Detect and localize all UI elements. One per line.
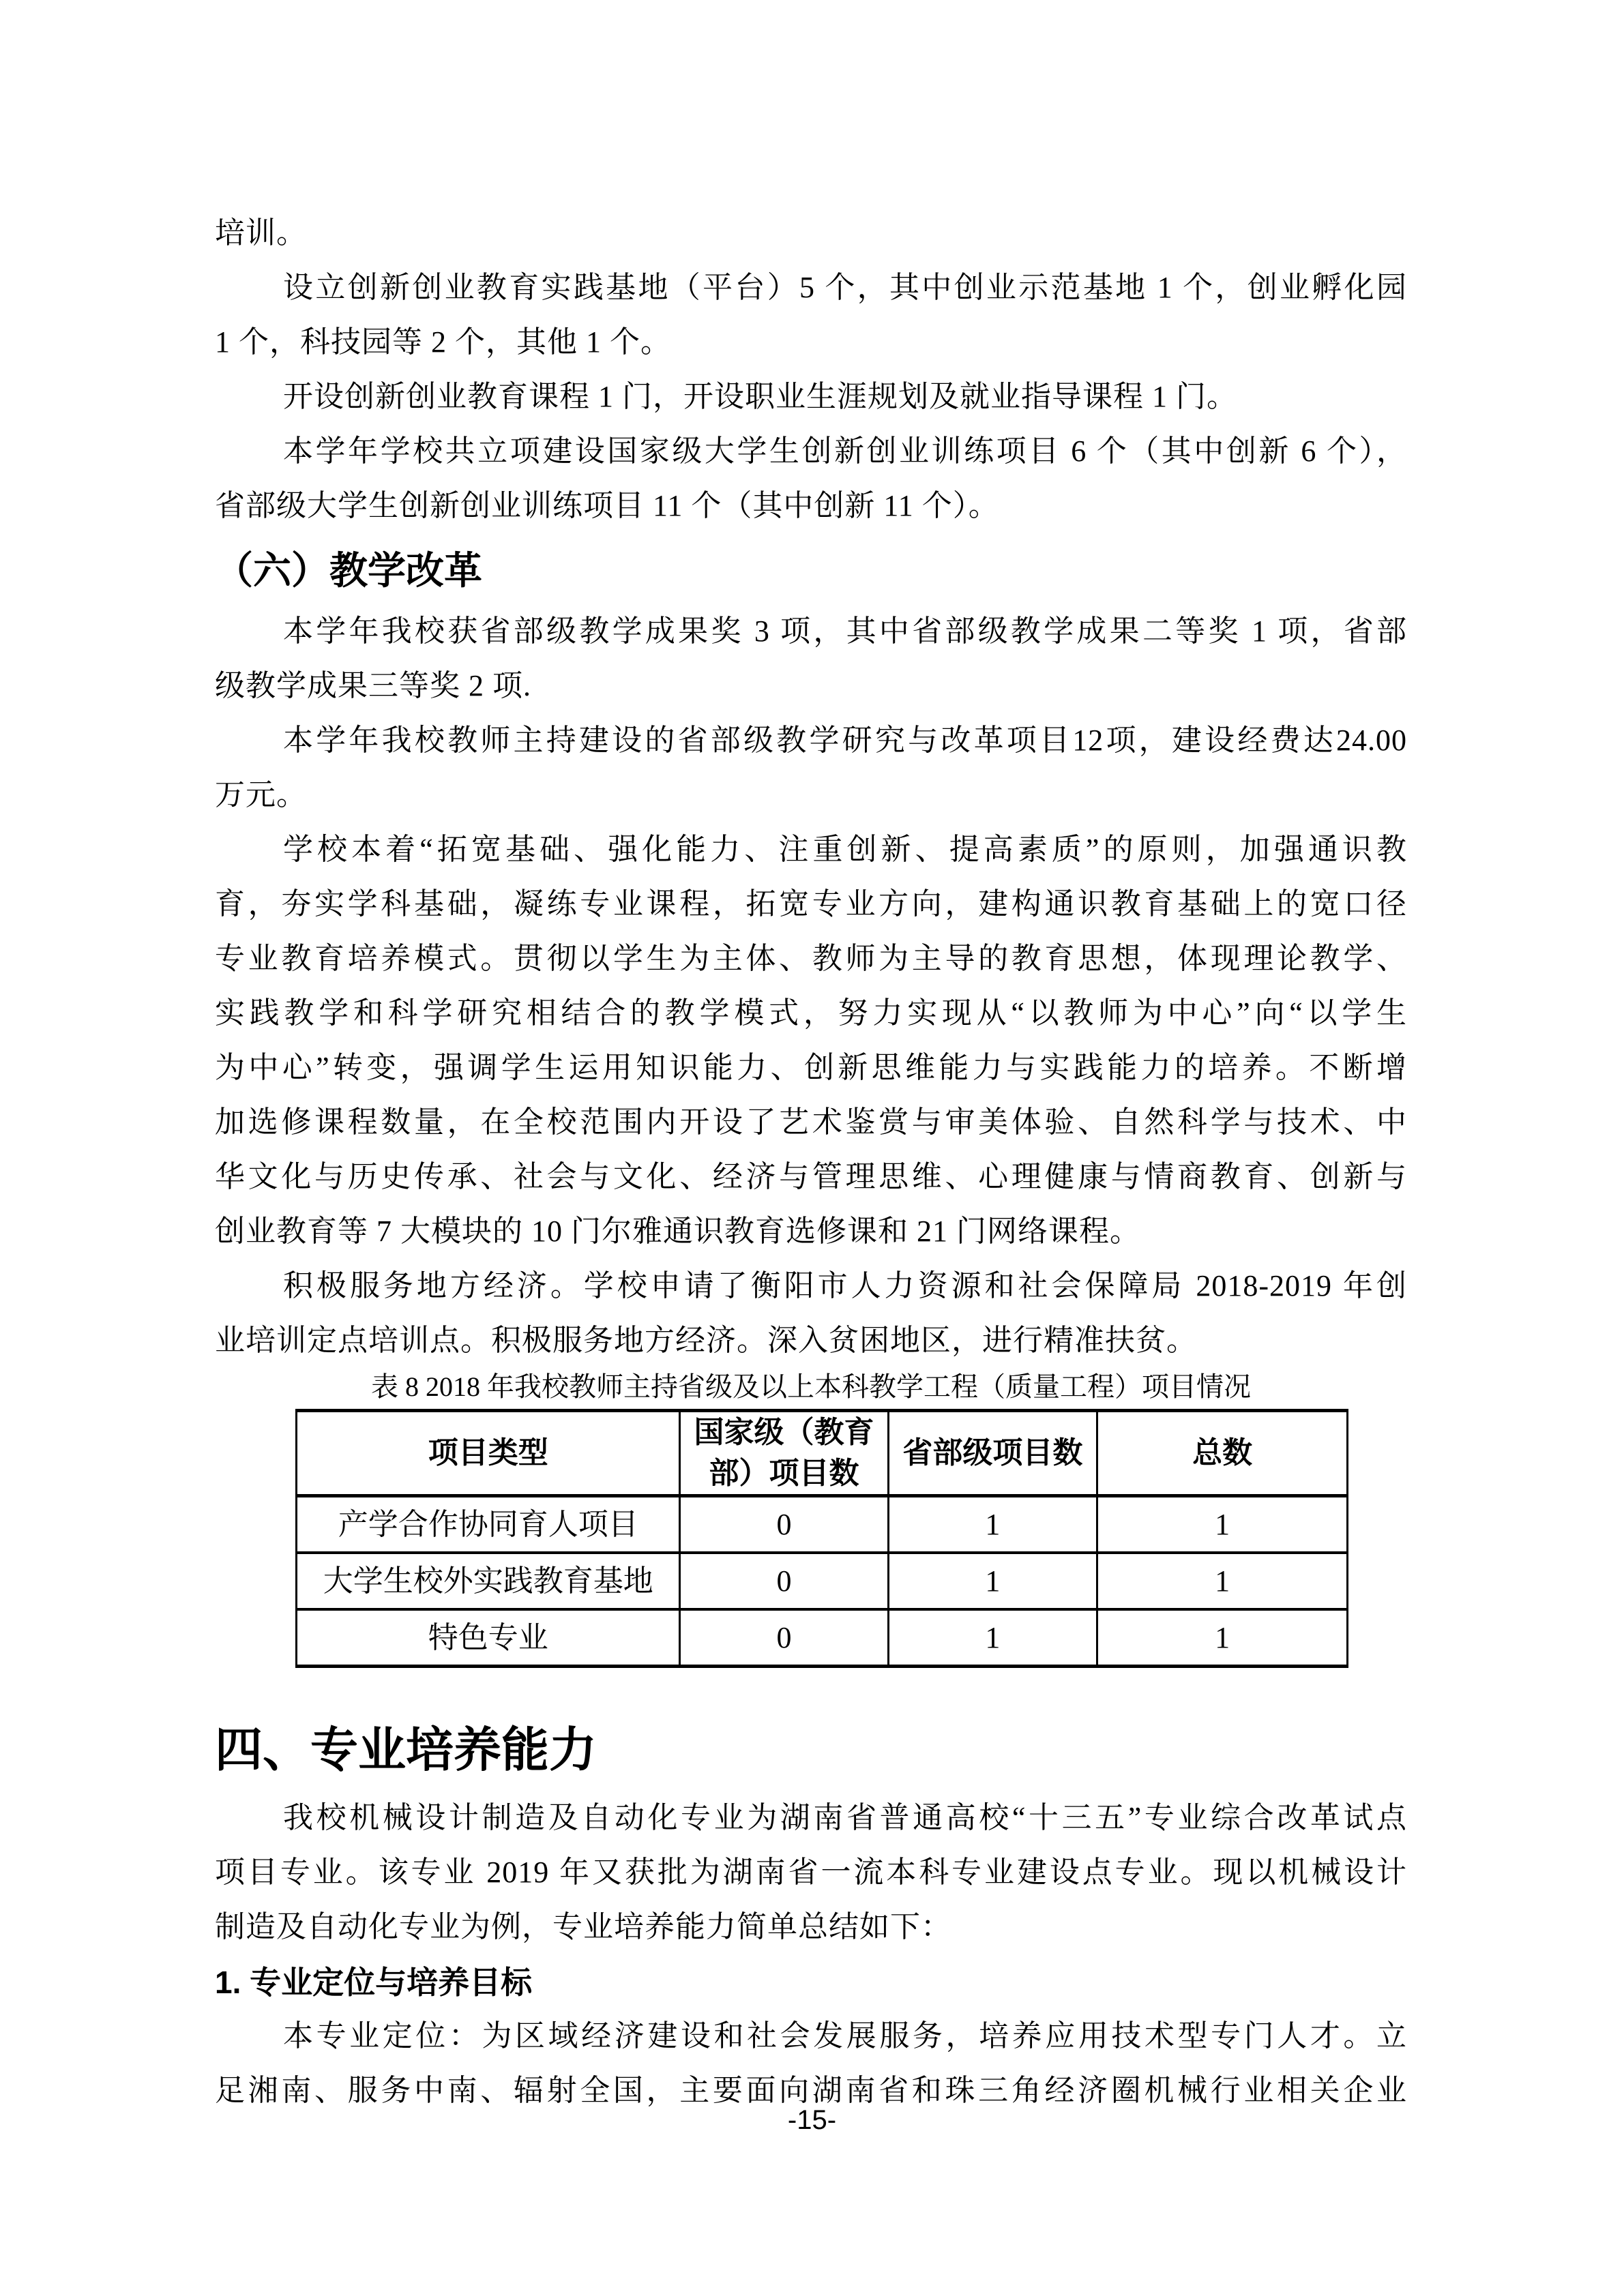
paragraph: 积极服务地方经济。学校申请了衡阳市人力资源和社会保障局 2018-2019 年创… <box>215 1259 1407 1368</box>
text-line: 华文化与历史传承、社会与文化、经济与管理思维、心理健康与情商教育、创新与 <box>215 1150 1407 1204</box>
text-line: 育，夯实学科基础，凝练专业课程，拓宽专业方向，建构通识教育基础上的宽口径 <box>215 877 1407 931</box>
text-line: 专业教育培养模式。贯彻以学生为主体、教师为主导的教育思想，体现理论教学、 <box>215 931 1407 986</box>
text-line: 1 个，科技园等 2 个，其他 1 个。 <box>215 315 1407 370</box>
text-line: 制造及自动化专业为例，专业培养能力简单总结如下： <box>215 1900 1407 1954</box>
paragraph: 本学年我校教师主持建设的省部级教学研究与改革项目12项，建设经费达24.00万元… <box>215 713 1407 822</box>
subsection-heading: 1. 专业定位与培养目标 <box>215 1954 1407 2009</box>
paragraph: 开设创新创业教育课程 1 门，开设职业生涯规划及就业指导课程 1 门。 <box>215 370 1407 424</box>
paragraph: 培训。 <box>215 206 1407 260</box>
table-cell: 0 <box>680 1496 888 1553</box>
document-content: 培训。设立创新创业教育实践基地（平台）5 个，其中创业示范基地 1 个，创业孵化… <box>215 206 1407 2118</box>
table-cell: 大学生校外实践教育基地 <box>297 1553 680 1609</box>
text-line: 本学年我校获省部级教学成果奖 3 项，其中省部级教学成果二等奖 1 项，省部 <box>215 604 1407 659</box>
text-line: 开设创新创业教育课程 1 门，开设职业生涯规划及就业指导课程 1 门。 <box>215 370 1407 424</box>
text-line: 创业教育等 7 大模块的 10 门尔雅通识教育选修课和 21 门网络课程。 <box>215 1204 1407 1259</box>
paragraph: 本学年学校共立项建设国家级大学生创新创业训练项目 6 个（其中创新 6 个），省… <box>215 424 1407 533</box>
text-line: 为中心”转变，强调学生运用知识能力、创新思维能力与实践能力的培养。不断增 <box>215 1041 1407 1095</box>
table-row: 大学生校外实践教育基地011 <box>297 1553 1348 1609</box>
text-line: 设立创新创业教育实践基地（平台）5 个，其中创业示范基地 1 个，创业孵化园 <box>215 260 1407 315</box>
table-header-row: 项目类型国家级（教育部）项目数省部级项目数总数 <box>297 1411 1348 1496</box>
table-header-cell: 项目类型 <box>297 1411 680 1496</box>
paragraph: 学校本着“拓宽基础、强化能力、注重创新、提高素质”的原则，加强通识教育，夯实学科… <box>215 822 1407 1259</box>
text-line: 培训。 <box>215 206 1407 260</box>
table-header-cell: 省部级项目数 <box>888 1411 1097 1496</box>
text-line: 省部级大学生创新创业训练项目 11 个（其中创新 11 个）。 <box>215 479 1407 533</box>
projects-table: 项目类型国家级（教育部）项目数省部级项目数总数产学合作协同育人项目011大学生校… <box>295 1409 1348 1668</box>
table-header-cell: 总数 <box>1097 1411 1348 1496</box>
table-cell: 1 <box>888 1609 1097 1667</box>
table-caption: 表 8 2018 年我校教师主持省级及以上本科教学工程（质量工程）项目情况 <box>215 1368 1407 1409</box>
table-cell: 0 <box>680 1609 888 1667</box>
text-line: 积极服务地方经济。学校申请了衡阳市人力资源和社会保障局 2018-2019 年创 <box>215 1259 1407 1313</box>
text-line: 级教学成果三等奖 2 项. <box>215 659 1407 713</box>
paragraph: 本专业定位：为区域经济建设和社会发展服务，培养应用技术型专门人才。立足湘南、服务… <box>215 2009 1407 2118</box>
table-cell: 1 <box>888 1496 1097 1553</box>
text-line: 本专业定位：为区域经济建设和社会发展服务，培养应用技术型专门人才。立 <box>215 2009 1407 2063</box>
table-cell: 特色专业 <box>297 1609 680 1667</box>
table-cell: 1 <box>888 1553 1097 1609</box>
chapter-heading: 四、专业培养能力 <box>215 1702 1407 1791</box>
table-cell: 1 <box>1097 1553 1348 1609</box>
text-line: 实践教学和科学研究相结合的教学模式，努力实现从“以教师为中心”向“以学生 <box>215 986 1407 1041</box>
table-cell: 0 <box>680 1553 888 1609</box>
text-line: 本学年学校共立项建设国家级大学生创新创业训练项目 6 个（其中创新 6 个）， <box>215 424 1407 479</box>
table-row: 特色专业011 <box>297 1609 1348 1667</box>
paragraph: 我校机械设计制造及自动化专业为湖南省普通高校“十三五”专业综合改革试点项目专业。… <box>215 1791 1407 1954</box>
paragraph: 本学年我校获省部级教学成果奖 3 项，其中省部级教学成果二等奖 1 项，省部级教… <box>215 604 1407 713</box>
table-row: 产学合作协同育人项目011 <box>297 1496 1348 1553</box>
text-line: 项目专业。该专业 2019 年又获批为湖南省一流本科专业建设点专业。现以机械设计 <box>215 1845 1407 1900</box>
text-line: 我校机械设计制造及自动化专业为湖南省普通高校“十三五”专业综合改革试点 <box>215 1791 1407 1845</box>
text-line: 本学年我校教师主持建设的省部级教学研究与改革项目12项，建设经费达24.00 <box>215 713 1407 768</box>
text-line: 业培训定点培训点。积极服务地方经济。深入贫困地区，进行精准扶贫。 <box>215 1313 1407 1368</box>
page-footer: -15- <box>0 2103 1624 2137</box>
paragraph: 设立创新创业教育实践基地（平台）5 个，其中创业示范基地 1 个，创业孵化园1 … <box>215 260 1407 370</box>
text-line: 学校本着“拓宽基础、强化能力、注重创新、提高素质”的原则，加强通识教 <box>215 822 1407 877</box>
text-line: 加选修课程数量，在全校范围内开设了艺术鉴赏与审美体验、自然科学与技术、中 <box>215 1095 1407 1150</box>
table-cell: 1 <box>1097 1609 1348 1667</box>
document-page: 培训。设立创新创业教育实践基地（平台）5 个，其中创业示范基地 1 个，创业孵化… <box>0 0 1624 2296</box>
table-header-cell: 国家级（教育部）项目数 <box>680 1411 888 1496</box>
text-line: 万元。 <box>215 768 1407 822</box>
table-cell: 1 <box>1097 1496 1348 1553</box>
table-cell: 产学合作协同育人项目 <box>297 1496 680 1553</box>
page-number: -15- <box>788 2105 836 2135</box>
section-heading: （六）教学改革 <box>215 533 1407 604</box>
